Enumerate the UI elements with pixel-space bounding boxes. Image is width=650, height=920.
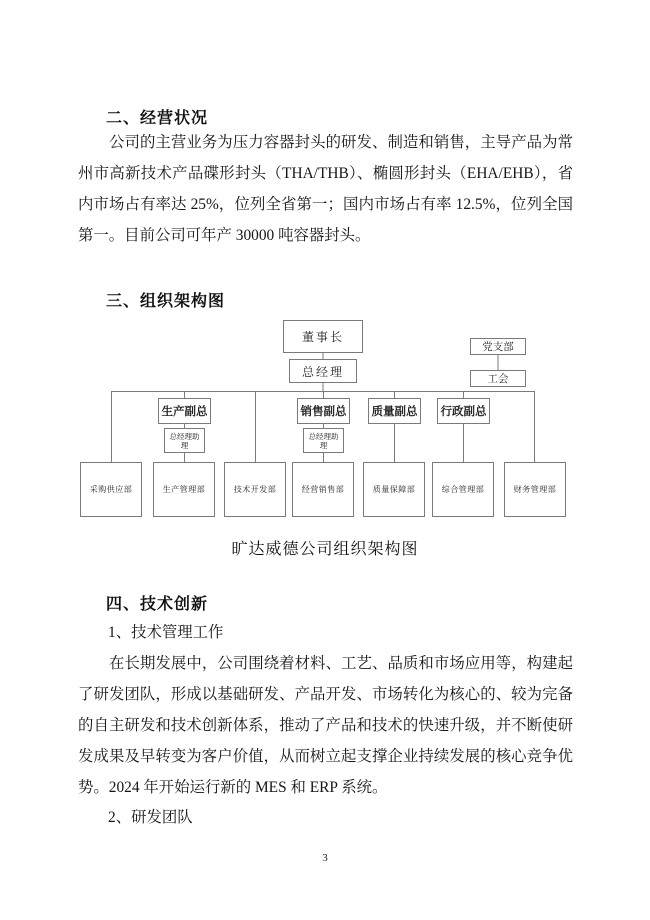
org-node-dept-quality: 质量保障部 (363, 462, 425, 517)
org-chart-caption: 旷达威德公司组织架构图 (0, 536, 650, 559)
org-node-dept-finance: 财务管理部 (504, 462, 566, 517)
org-node-dept-general: 综合管理部 (432, 462, 494, 517)
rd-team-item: 2、研发团队 (108, 805, 193, 827)
org-node-dept-procurement: 采购供应部 (80, 462, 142, 517)
section-heading-org-structure: 三、组织架构图 (106, 288, 225, 311)
org-node-labor-union: 工会 (470, 370, 526, 387)
org-node-gm-assistant-1: 总经理助理 (164, 428, 205, 453)
org-node-dept-tech: 技术开发部 (224, 462, 286, 517)
org-node-chairman: 董事长 (283, 320, 363, 353)
section-heading-operations: 二、经营状况 (106, 105, 208, 128)
org-node-vp-quality: 质量副总 (368, 398, 421, 424)
org-node-vp-production: 生产副总 (158, 398, 211, 424)
org-chart: 董事长 总经理 党支部 工会 生产副总 销售副总 质量副总 行政副总 总经理助理… (78, 315, 572, 520)
tech-management-item: 1、技术管理工作 (108, 620, 223, 642)
org-node-vp-admin: 行政副总 (437, 398, 490, 424)
section-heading-tech-innovation: 四、技术创新 (106, 591, 208, 614)
org-node-vp-sales: 销售副总 (297, 398, 350, 424)
document-page: 二、经营状况 公司的主营业务为压力容器封头的研发、制造和销售，主导产品为常州市高… (0, 0, 650, 920)
org-node-gm-assistant-2: 总经理助理 (303, 428, 344, 453)
org-node-dept-production: 生产管理部 (153, 462, 215, 517)
tech-innovation-paragraph: 在长期发展中，公司围绕着材料、工艺、品质和市场应用等，构建起了研发团队，形成以基… (78, 648, 573, 803)
org-node-dept-sales: 经营销售部 (292, 462, 354, 517)
org-node-party-branch: 党支部 (470, 338, 526, 355)
operations-paragraph: 公司的主营业务为压力容器封头的研发、制造和销售，主导产品为常州市高新技术产品碟形… (78, 127, 573, 251)
org-node-general-manager: 总经理 (289, 359, 357, 383)
page-number: 3 (0, 852, 650, 864)
